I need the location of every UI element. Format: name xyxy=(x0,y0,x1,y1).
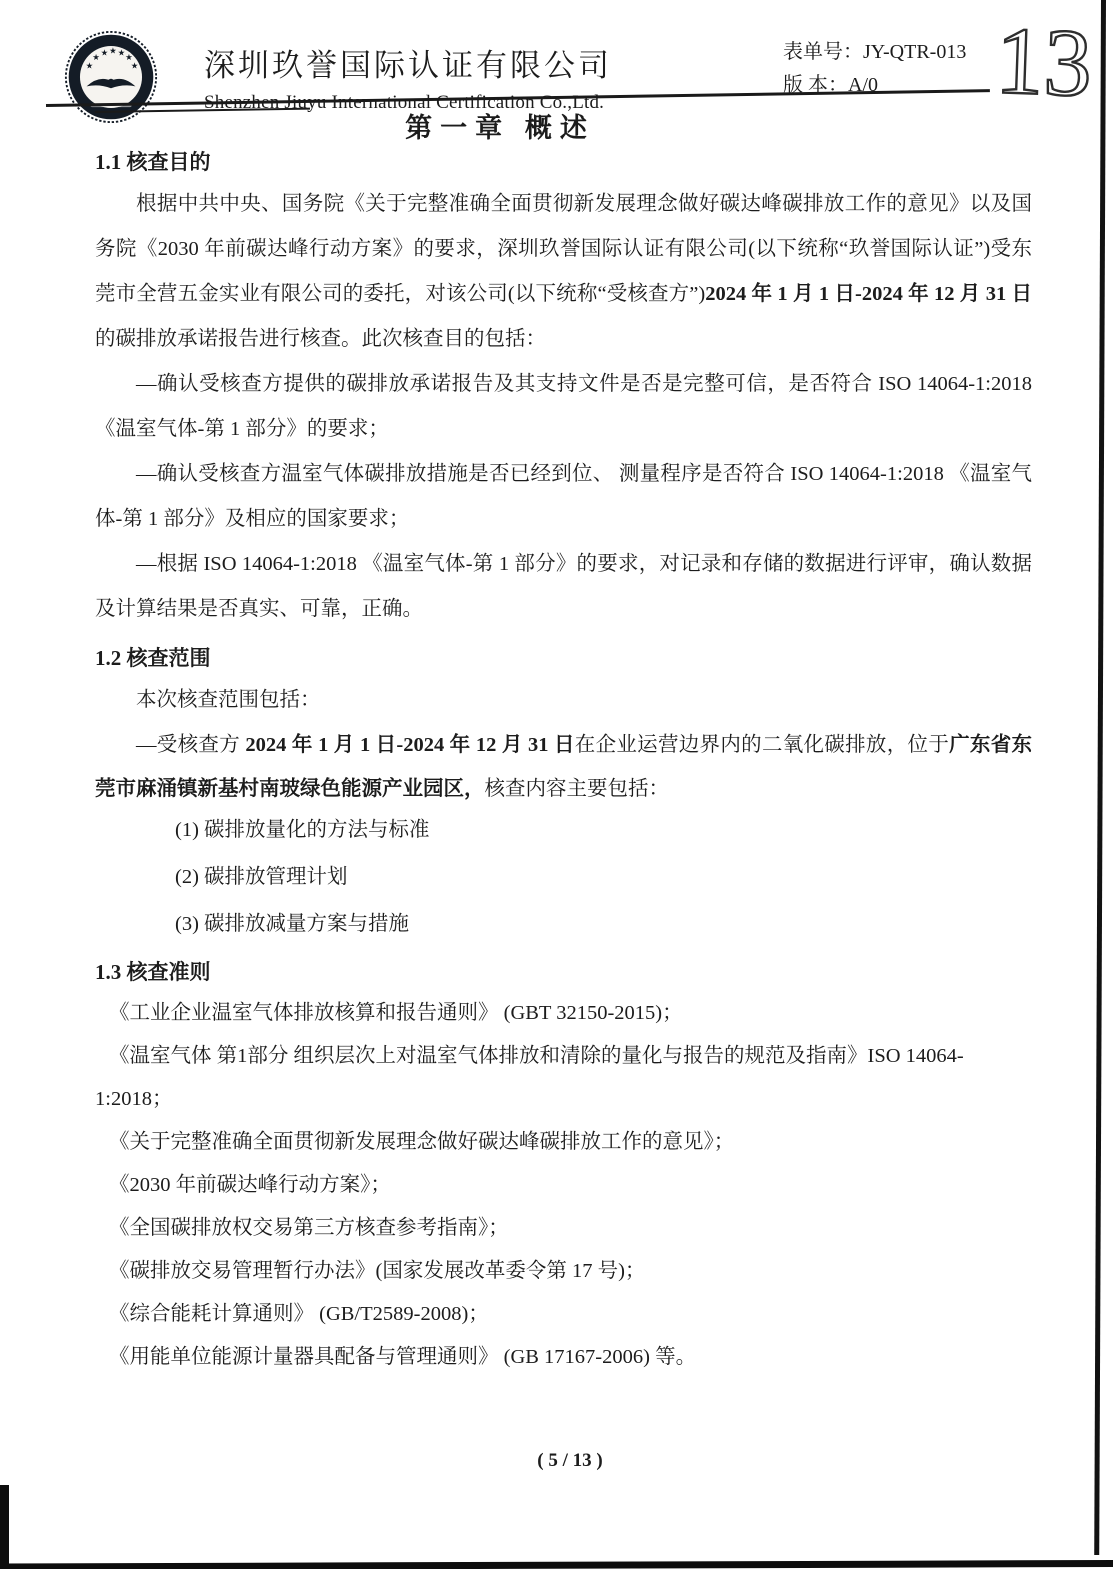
criteria-line-8: 《用能单位能源计量器具配备与管理通则》 (GB 17167-2006) 等。 xyxy=(95,1336,1032,1379)
version-label: 版 本：A/0 xyxy=(783,69,966,102)
purpose-bullet-1: —确认受核查方提供的碳排放承诺报告及其支持文件是否是完整可信，是否符合 ISO … xyxy=(95,362,1032,452)
criteria-line-4: 《2030 年前碳达峰行动方案》； xyxy=(95,1164,1032,1207)
criteria-line-1: 《工业企业温室气体排放核算和报告通则》 (GBT 32150-2015)； xyxy=(95,992,1032,1035)
page-stamp-text: 13 xyxy=(994,6,1094,112)
purpose-bullet-3: —根据 ISO 14064-1:2018 《温室气体-第 1 部分》的要求，对记… xyxy=(95,542,1032,632)
company-name-cn: 深圳玖誉国际认证有限公司 xyxy=(204,40,612,85)
page-stamp-13: 13 xyxy=(994,4,1094,117)
purpose-text-c: 的碳排放承诺报告进行核查。此次核查目的包括： xyxy=(95,328,546,350)
criteria-line-6: 《碳排放交易管理暂行办法》(国家发展改革委令第 17 号)； xyxy=(95,1250,1032,1293)
scope-item-3: (3) 碳排放减量方案与措施 xyxy=(175,911,1032,937)
section-heading-1-1: 1.1 核查目的 xyxy=(95,148,1032,176)
scope-text-c: 在企业运营边界内的二氧化碳排放，位于 xyxy=(575,734,949,756)
section-heading-1-2: 1.2 核查范围 xyxy=(95,644,1032,672)
page-footer: ( 5 / 13 ) xyxy=(0,1450,1113,1472)
scan-edge-bottom xyxy=(0,1560,1113,1569)
svg-text:★: ★ xyxy=(131,61,139,71)
document-body: 1.1 核查目的 根据中共中央、国务院《关于完整准确全面贯彻新发展理念做好碳达峰… xyxy=(95,142,1032,1379)
purpose-bullet-2: —确认受核查方温室气体碳排放措施是否已经到位、 测量程序是否符合 ISO 140… xyxy=(95,452,1032,542)
page-indicator: ( 5 / 13 ) xyxy=(537,1450,602,1471)
scope-intro: 本次核查范围包括： xyxy=(95,678,1032,723)
scope-text-a: —受核查方 xyxy=(136,734,245,756)
scope-items-list: (1) 碳排放量化的方法与标准 (2) 碳排放管理计划 (3) 碳排放减量方案与… xyxy=(95,817,1032,937)
svg-text:★: ★ xyxy=(92,52,100,62)
criteria-line-3: 《关于完整准确全面贯彻新发展理念做好碳达峰碳排放工作的意见》； xyxy=(95,1121,1032,1164)
criteria-line-7: 《综合能耗计算通则》 (GB/T2589-2008)； xyxy=(95,1293,1032,1336)
svg-text:★: ★ xyxy=(118,47,126,57)
chapter-title: 第一章 概述 xyxy=(0,106,1000,145)
purpose-date-range: 2024 年 1 月 1 日-2024 年 12 月 31 日 xyxy=(705,283,1032,305)
form-number-label: 表单号：JY-QTR-013 xyxy=(783,36,966,69)
scope-paragraph: —受核查方 2024 年 1 月 1 日-2024 年 12 月 31 日在企业… xyxy=(95,723,1032,811)
purpose-paragraph: 根据中共中央、国务院《关于完整准确全面贯彻新发展理念做好碳达峰碳排放工作的意见》… xyxy=(95,182,1032,362)
scope-text-e: 核查内容主要包括： xyxy=(485,778,670,800)
criteria-line-5: 《全国碳排放权交易第三方核查参考指南》； xyxy=(95,1207,1032,1250)
scan-edge-right xyxy=(1094,0,1106,1555)
scope-date-range: 2024 年 1 月 1 日-2024 年 12 月 31 日 xyxy=(245,734,574,756)
scan-corner-mark xyxy=(0,1485,9,1569)
scope-item-2: (2) 碳排放管理计划 xyxy=(175,864,1032,890)
svg-text:★: ★ xyxy=(109,46,117,56)
criteria-line-2: 《温室气体 第1部分 组织层次上对温室气体排放和清除的量化与报告的规范及指南》I… xyxy=(95,1035,1032,1121)
scope-item-1: (1) 碳排放量化的方法与标准 xyxy=(175,817,1032,843)
document-page: ★ ★ ★ ★ ★ ★ ★ 深圳玖誉国际认证有限公司 Shenzhen Jiuy… xyxy=(0,0,1113,1569)
section-heading-1-3: 1.3 核查准则 xyxy=(95,958,1032,986)
svg-text:★: ★ xyxy=(101,47,109,57)
